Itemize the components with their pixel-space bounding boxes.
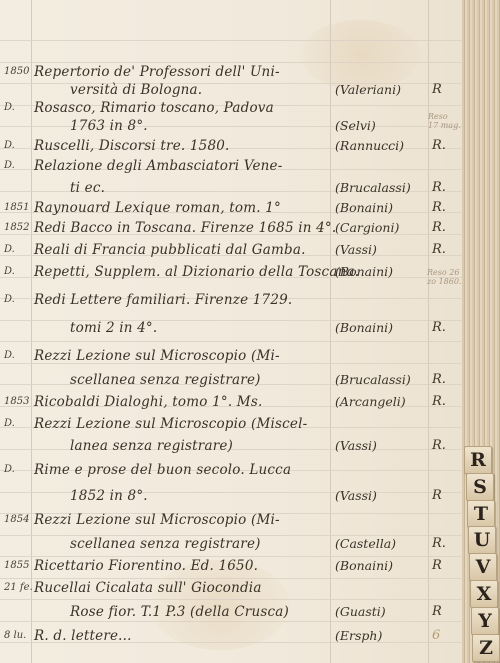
entry-number: 21 fe. [4, 578, 32, 598]
ledger-entry: 1853Ricobaldi Dialoghi, tomo 1°. Ms.(Arc… [0, 392, 462, 412]
entry-status-mark: R [432, 556, 442, 576]
entry-borrower: (Bonaini) [335, 198, 393, 218]
entry-title: Ricettario Fiorentino. Ed. 1650. [34, 556, 258, 576]
margin-note: Reso 26 mar.zo 1860. [427, 268, 462, 286]
entry-number: D. [4, 290, 32, 310]
entry-borrower: (Arcangeli) [335, 392, 406, 412]
ledger-page: 1850Repertorio de' Professori dell' Uni-… [0, 0, 462, 663]
ruled-line [0, 599, 462, 600]
index-tab-r[interactable]: R [464, 446, 492, 474]
entry-title: Rucellai Cicalata sull' Giocondia [34, 578, 262, 598]
entry-borrower: (Guasti) [335, 602, 386, 622]
ledger-entry: D.Rezzi Lezione sul Microscopio (Miscel- [0, 414, 462, 434]
entry-status-mark: R. [432, 534, 446, 554]
ledger-entry: 21 fe.Rucellai Cicalata sull' Giocondia [0, 578, 462, 598]
index-tab-z[interactable]: Z [472, 634, 500, 662]
entry-number: 8 lu. [4, 626, 32, 646]
entry-number: D. [4, 98, 32, 118]
entry-number: 1854 [4, 510, 32, 530]
ledger-entry: D.Repetti, Supplem. al Dizionario della … [0, 262, 462, 282]
entry-number: D. [4, 240, 32, 260]
entry-number: 1851 [4, 198, 32, 218]
entry-title: Rosasco, Rimario toscano, Padova [34, 98, 274, 118]
entry-borrower: (Selvi) [335, 116, 376, 136]
entry-borrower: (Bonaini) [335, 556, 393, 576]
page-edge: RSTUVXYZ [462, 0, 500, 663]
entry-borrower: (Ersph) [335, 626, 382, 646]
ledger-entry: 8 lu.R. d. lettere... (Ersph)6 [0, 626, 462, 646]
entry-number: 1853 [4, 392, 32, 412]
entry-status-mark: R. [432, 178, 446, 198]
entry-status-mark: R. [432, 136, 446, 156]
entry-number: 1855 [4, 556, 32, 576]
ledger-entry: D.Rezzi Lezione sul Microscopio (Mi- [0, 346, 462, 366]
entry-title: Repetti, Supplem. al Dizionario della To… [34, 262, 359, 282]
entry-number: D. [4, 346, 32, 366]
index-tab-y[interactable]: Y [471, 607, 499, 635]
entry-status-mark: R. [432, 198, 446, 218]
index-tab-u[interactable]: U [468, 526, 496, 554]
entry-status-mark: R [432, 486, 442, 506]
entry-title: Rose fior. T.1 P.3 (della Crusca) [70, 602, 289, 622]
entry-title: Relazione degli Ambasciatori Vene- [34, 156, 283, 176]
entry-title: Repertorio de' Professori dell' Uni- [34, 62, 280, 82]
entry-title: Rezzi Lezione sul Microscopio (Mi- [34, 346, 280, 366]
ruled-line [0, 40, 462, 41]
entry-status-mark: R. [432, 370, 446, 390]
ledger-entry: lanea senza registrare)(Vassi)R. [0, 436, 462, 456]
ledger-entry: 1852 in 8°.(Vassi)R [0, 486, 462, 506]
ledger-entry: tomi 2 in 4°.(Bonaini)R. [0, 318, 462, 338]
ledger-entry: scellanea senza registrare)(Castella)R. [0, 534, 462, 554]
entry-title: 1763 in 8°. [70, 116, 148, 136]
entry-status-mark: R. [432, 218, 446, 238]
entry-borrower: (Cargioni) [335, 218, 399, 238]
index-tab-s[interactable]: S [466, 473, 494, 501]
entry-borrower: (Brucalassi) [335, 178, 411, 198]
ledger-entry: D.Redi Lettere familiari. Firenze 1729. [0, 290, 462, 310]
entry-title: Ruscelli, Discorsi tre. 1580. [34, 136, 230, 156]
entry-title: 1852 in 8°. [70, 486, 148, 506]
entry-number: D. [4, 414, 32, 434]
margin-note-line: 17 mag. 1850 [428, 121, 462, 130]
index-tab-v[interactable]: V [469, 553, 497, 581]
entry-status-mark: R. [432, 436, 446, 456]
entry-status-mark: R [432, 602, 442, 622]
entry-number: D. [4, 460, 32, 480]
ledger-entry: 1763 in 8°.(Selvi) [0, 116, 462, 136]
entry-number: D. [4, 262, 32, 282]
ledger-entry: ti ec.(Brucalassi)R. [0, 178, 462, 198]
entry-borrower: (Rannucci) [335, 136, 404, 156]
entry-title: versità di Bologna. [70, 80, 202, 100]
ledger-entry: 1854Rezzi Lezione sul Microscopio (Mi- [0, 510, 462, 530]
entry-title: R. d. lettere... [34, 626, 132, 646]
entry-borrower: (Bonaini) [335, 262, 393, 282]
entry-title: tomi 2 in 4°. [70, 318, 157, 338]
margin-note-line: Reso 26 mar. [427, 268, 462, 277]
ledger-entry: D.Reali di Francia pubblicati dal Gamba.… [0, 240, 462, 260]
entry-status-mark: R. [432, 240, 446, 260]
entry-title: Rime e prose del buon secolo. Lucca [34, 460, 291, 480]
entry-number: 1852 [4, 218, 32, 238]
entry-borrower: (Bonaini) [335, 318, 393, 338]
margin-note: Reso17 mag. 1850 [428, 112, 462, 130]
entry-title: Rezzi Lezione sul Microscopio (Mi- [34, 510, 280, 530]
ledger-entry: D.Ruscelli, Discorsi tre. 1580.(Rannucci… [0, 136, 462, 156]
entry-title: Raynouard Lexique roman, tom. 1° [34, 198, 281, 218]
entry-title: Redi Lettere familiari. Firenze 1729. [34, 290, 292, 310]
entry-borrower: (Vassi) [335, 486, 377, 506]
entry-title: ti ec. [70, 178, 105, 198]
entry-number: D. [4, 136, 32, 156]
entry-title: scellanea senza registrare) [70, 534, 261, 554]
ledger-entry: versità di Bologna.(Valeriani)R [0, 80, 462, 100]
entry-title: scellanea senza registrare) [70, 370, 261, 390]
entry-borrower: (Brucalassi) [335, 370, 411, 390]
ledger-entry: 1852Redi Bacco in Toscana. Firenze 1685 … [0, 218, 462, 238]
ledger-entry: 1850Repertorio de' Professori dell' Uni- [0, 62, 462, 82]
ledger-entry: D.Relazione degli Ambasciatori Vene- [0, 156, 462, 176]
entry-status-mark: 6 [432, 626, 440, 646]
entry-status-mark: R. [432, 392, 446, 412]
margin-note-line: Reso [428, 112, 462, 121]
entry-number: D. [4, 156, 32, 176]
entry-title: Rezzi Lezione sul Microscopio (Miscel- [34, 414, 307, 434]
entry-status-mark: R [432, 80, 442, 100]
entry-borrower: (Vassi) [335, 240, 377, 260]
entry-borrower: (Vassi) [335, 436, 377, 456]
entry-title: Ricobaldi Dialoghi, tomo 1°. Ms. [34, 392, 262, 412]
entry-title: Redi Bacco in Toscana. Firenze 1685 in 4… [34, 218, 336, 238]
entry-status-mark: R. [432, 318, 446, 338]
entry-title: Reali di Francia pubblicati dal Gamba. [34, 240, 306, 260]
ledger-entry: Rose fior. T.1 P.3 (della Crusca)(Guasti… [0, 602, 462, 622]
entry-borrower: (Valeriani) [335, 80, 401, 100]
ruled-line [0, 341, 462, 342]
entry-number: 1850 [4, 62, 32, 82]
index-tab-t[interactable]: T [467, 500, 495, 528]
margin-note-line: zo 1860. [427, 277, 462, 286]
ledger-entry: D.Rime e prose del buon secolo. Lucca [0, 460, 462, 480]
index-tab-x[interactable]: X [470, 580, 498, 608]
ledger-entry: 1855Ricettario Fiorentino. Ed. 1650.(Bon… [0, 556, 462, 576]
ledger-entry: 1851Raynouard Lexique roman, tom. 1°(Bon… [0, 198, 462, 218]
entry-title: lanea senza registrare) [70, 436, 233, 456]
ledger-entry: D.Rosasco, Rimario toscano, Padova [0, 98, 462, 118]
ledger-entry: scellanea senza registrare)(Brucalassi)R… [0, 370, 462, 390]
entry-borrower: (Castella) [335, 534, 396, 554]
